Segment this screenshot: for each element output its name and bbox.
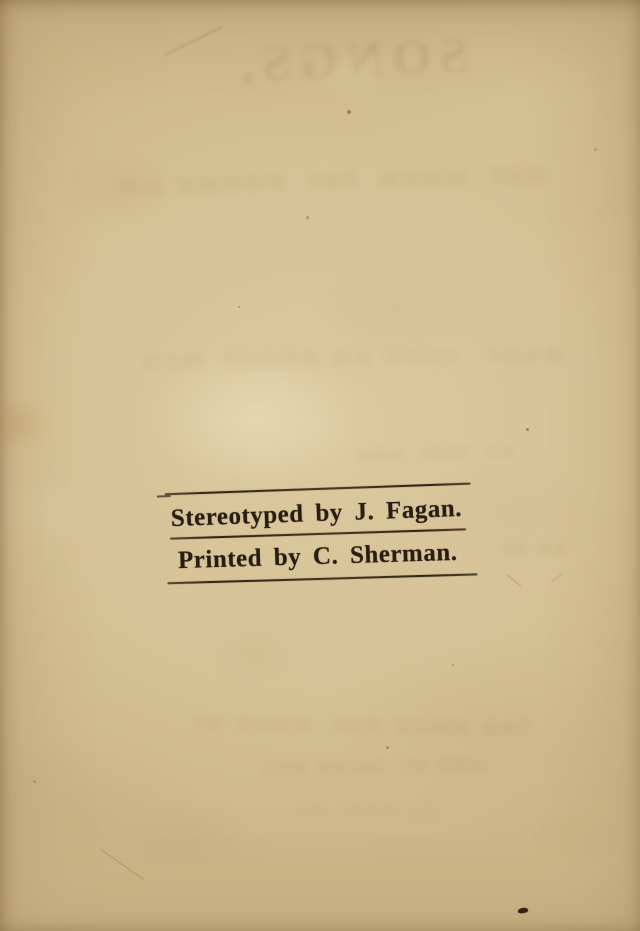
page-edge-vignette <box>0 0 640 931</box>
bleedthrough-line: ▄▄▄▖ ▗▄▄▄ ▄▄ ▄▄▄▄▖ ▄▄▄ <box>135 332 565 369</box>
paper-scratch <box>100 849 143 880</box>
foxing-speck <box>526 428 529 431</box>
horizontal-rule-top <box>165 483 471 496</box>
foxing-speck <box>347 110 351 114</box>
foxing-speck <box>594 148 597 151</box>
paper-texture <box>0 0 640 931</box>
colophon-line-stereotyper: Stereotyped by J. Fagan. <box>157 494 476 532</box>
bleedthrough-line: ▗▄▄ ▄▄▄▄ ▄▄▖ ▄▄▄▄ ▄▖ <box>150 703 570 735</box>
foxing-speck <box>386 746 389 749</box>
bleedthrough-line: ▄▄ ▄▄▄▖ ▄▄ <box>205 795 525 816</box>
foxing-speck <box>33 780 36 783</box>
horizontal-rule-bottom <box>167 573 477 584</box>
bleedthrough-line: ▄▄▖ ▄▄▄▄ ▗▄▖ ▄▄▄▄▄ ▄▄ <box>125 153 546 194</box>
book-page: SONGS, ▄▄▖ ▄▄▄▄ ▗▄▖ ▄▄▄▄▄ ▄▄ ▄▄▄▖ ▗▄▄▄ ▄… <box>0 0 640 931</box>
foxing-speck <box>306 216 309 219</box>
foxing-speck <box>452 664 454 666</box>
colophon-line-printer: Printed by C. Sherman. <box>158 538 477 574</box>
paper-fiber <box>507 574 521 586</box>
ink-blot <box>518 907 529 913</box>
bleedthrough-line: ▄▄ ▄▖ <box>465 534 595 555</box>
paper-fiber <box>551 573 563 582</box>
bleedthrough-line: ▄▄ ▗▄▄▖ ▄▄▄ <box>300 436 570 462</box>
paper-scratch <box>163 26 223 57</box>
bleedthrough-line: ▄▄▄ ▄▖ ▄▄▄▄ ▄▄▖ <box>175 746 565 775</box>
bleedthrough-title-text: SONGS, <box>204 24 496 95</box>
foxing-speck <box>238 306 240 308</box>
colophon-block: Stereotyped by J. Fagan. Printed by C. S… <box>156 476 477 590</box>
